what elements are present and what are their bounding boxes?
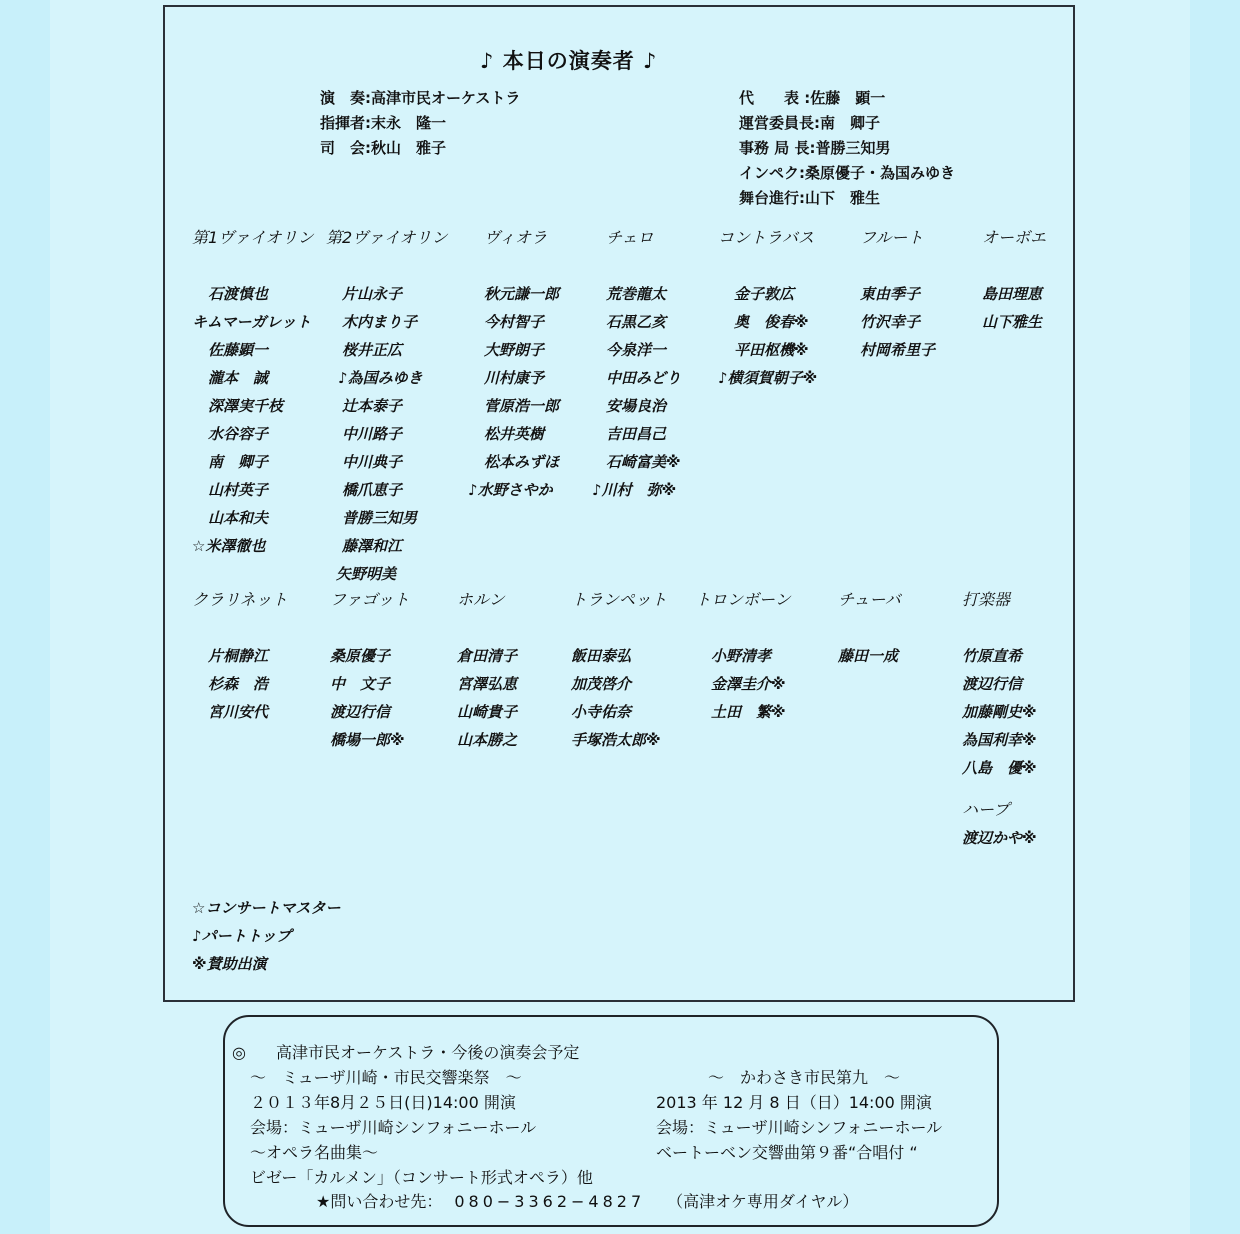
member: 桑原優子 bbox=[330, 642, 409, 670]
member: 普勝三知男 bbox=[342, 504, 448, 532]
member: 吉田昌己 bbox=[606, 420, 681, 448]
member: 水谷容子 bbox=[208, 420, 314, 448]
staff-conductor: 指揮者:末永 隆一 bbox=[320, 111, 520, 136]
member: 石黒乙亥 bbox=[606, 308, 681, 336]
member: 中川典子 bbox=[342, 448, 448, 476]
member: 今村智子 bbox=[484, 308, 559, 336]
staff-list-left: 演 奏:高津市民オーケストラ 指揮者:末永 隆一 司 会:秋山 雅子 bbox=[320, 86, 520, 161]
section-heading: トランペット bbox=[571, 586, 667, 614]
member: 村岡希里子 bbox=[860, 336, 935, 364]
schedule-event-1: ～ ミューザ川崎・市民交響楽祭 ～ ２０１３年8月２５日(日)14:00 開演 … bbox=[250, 1065, 593, 1190]
member: 東由季子 bbox=[860, 280, 935, 308]
right-margin-band bbox=[1190, 0, 1240, 1234]
member: 中田みどり bbox=[606, 364, 681, 392]
member: 竹沢幸子 bbox=[860, 308, 935, 336]
event-program-detail: ビゼー「カルメン」（コンサート形式オペラ）他 bbox=[250, 1165, 593, 1190]
section-heading: ヴィオラ bbox=[484, 224, 559, 252]
event-date: 2013 年 12 月 8 日（日）14:00 開演 bbox=[656, 1090, 942, 1115]
member: ♪横須賀朝子※ bbox=[718, 364, 817, 392]
section-heading: ファゴット bbox=[330, 586, 409, 614]
event-title: ～ ミューザ川崎・市民交響楽祭 ～ bbox=[250, 1065, 593, 1090]
member: 手塚浩太郎※ bbox=[571, 726, 667, 754]
member: 桜井正広 bbox=[342, 336, 448, 364]
member: ☆米澤徹也 bbox=[192, 532, 314, 560]
event-venue: 会場：ミューザ川崎シンフォニーホール bbox=[250, 1115, 593, 1140]
staff-mc: 司 会:秋山 雅子 bbox=[320, 136, 520, 161]
member: ♪水野さやか bbox=[468, 476, 559, 504]
section-trombone: トロンボーン 小野清孝 金澤圭介※ 土田 繁※ bbox=[695, 586, 791, 726]
member: 宮澤弘恵 bbox=[457, 670, 517, 698]
staff-performer: 演 奏:高津市民オーケストラ bbox=[320, 86, 520, 111]
member: 荒巻龍太 bbox=[606, 280, 681, 308]
member: 加藤剛史※ bbox=[962, 698, 1037, 726]
member: 渡辺行信 bbox=[330, 698, 409, 726]
member: 奥 俊春※ bbox=[734, 308, 817, 336]
member: 渡辺行信 bbox=[962, 670, 1037, 698]
member: 橋場一郎※ bbox=[330, 726, 409, 754]
section-heading: 第1ヴァイオリン bbox=[192, 224, 314, 252]
member: 深澤実千枝 bbox=[208, 392, 314, 420]
member: 川村康予 bbox=[484, 364, 559, 392]
member: 安場良治 bbox=[606, 392, 681, 420]
member: 藤澤和江 bbox=[342, 532, 448, 560]
member: 山本勝之 bbox=[457, 726, 517, 754]
member: 矢野明美 bbox=[336, 560, 448, 588]
section-heading: フルート bbox=[860, 224, 935, 252]
staff-representative: 代 表 :佐藤 顕一 bbox=[739, 86, 955, 111]
schedule-heading: ◎高津市民オーケストラ・今後の演奏会予定 bbox=[232, 1040, 579, 1063]
section-heading: ホルン bbox=[457, 586, 517, 614]
legend-part-top: ♪パートトップ bbox=[192, 922, 340, 950]
member: 菅原浩一郎 bbox=[484, 392, 559, 420]
member: 平田枢機※ bbox=[734, 336, 817, 364]
member: 為国利幸※ bbox=[962, 726, 1037, 754]
page-title: ♪ 本日の演奏者 ♪ bbox=[480, 45, 657, 75]
member: 松本みずほ bbox=[484, 448, 559, 476]
member: 土田 繁※ bbox=[711, 698, 791, 726]
section-heading: トロンボーン bbox=[695, 586, 791, 614]
section-heading: オーボエ bbox=[982, 224, 1046, 252]
event-title: ～ かわさき市民第九 ～ bbox=[656, 1065, 942, 1090]
member: 倉田清子 bbox=[457, 642, 517, 670]
member: 石崎富美※ bbox=[606, 448, 681, 476]
section-viola: ヴィオラ 秋元謙一郎 今村智子 大野朗子 川村康予 菅原浩一郎 松井英樹 松本み… bbox=[484, 224, 559, 504]
member: 山崎貴子 bbox=[457, 698, 517, 726]
staff-inspector: インペク:桑原優子・為国みゆき bbox=[739, 161, 955, 186]
section-clarinet: クラリネット 片桐静江 杉森 浩 宮川安代 bbox=[192, 586, 288, 726]
event-program: ～オペラ名曲集～ bbox=[250, 1140, 593, 1165]
member: 辻本泰子 bbox=[342, 392, 448, 420]
member: 秋元謙一郎 bbox=[484, 280, 559, 308]
member: 宮川安代 bbox=[208, 698, 288, 726]
section-heading: 打楽器 bbox=[962, 586, 1037, 614]
member: 今泉洋一 bbox=[606, 336, 681, 364]
member: ♪為国みゆき bbox=[338, 364, 448, 392]
staff-stage-manager: 舞台進行:山下 雅生 bbox=[739, 186, 955, 211]
member: 大野朗子 bbox=[484, 336, 559, 364]
member: 石渡慎也 bbox=[208, 280, 314, 308]
section-cello: チェロ 荒巻龍太 石黒乙亥 今泉洋一 中田みどり 安場良治 吉田昌己 石崎富美※… bbox=[606, 224, 681, 504]
member: 飯田泰弘 bbox=[571, 642, 667, 670]
left-margin-band bbox=[0, 0, 50, 1234]
event-venue: 会場：ミューザ川崎シンフォニーホール bbox=[656, 1115, 942, 1140]
member: 加茂啓介 bbox=[571, 670, 667, 698]
member: 渡辺かや※ bbox=[962, 824, 1037, 852]
member: ♪川村 弥※ bbox=[592, 476, 681, 504]
section-heading: 第2ヴァイオリン bbox=[326, 224, 448, 252]
section-percussion: 打楽器 竹原直希 渡辺行信 加藤剛史※ 為国利幸※ 八島 優※ ハープ 渡辺かや… bbox=[962, 586, 1037, 852]
section-heading: チェロ bbox=[606, 224, 681, 252]
schedule-heading-text: 高津市民オーケストラ・今後の演奏会予定 bbox=[276, 1043, 579, 1062]
section-heading: クラリネット bbox=[192, 586, 288, 614]
staff-secretary-general: 事務 局 長:普勝三知男 bbox=[739, 136, 955, 161]
symbol-legend: ☆コンサートマスター ♪パートトップ ※賛助出演 bbox=[192, 894, 340, 978]
member: 小野清孝 bbox=[711, 642, 791, 670]
section-violin2: 第2ヴァイオリン 片山永子 木内まり子 桜井正広 ♪為国みゆき 辻本泰子 中川路… bbox=[326, 224, 448, 588]
member: 中 文子 bbox=[330, 670, 409, 698]
section-oboe: オーボエ 島田理恵 山下雅生 bbox=[982, 224, 1046, 336]
section-heading: チューバ bbox=[838, 586, 901, 614]
event-date: ２０１３年8月２５日(日)14:00 開演 bbox=[250, 1090, 593, 1115]
member: 佐藤顕一 bbox=[208, 336, 314, 364]
staff-committee-chair: 運営委員長:南 卿子 bbox=[739, 111, 955, 136]
member: 橋爪恵子 bbox=[342, 476, 448, 504]
member: 山村英子 bbox=[208, 476, 314, 504]
section-heading-harp: ハープ bbox=[962, 796, 1037, 824]
contact-line: ★問い合わせ先：080−3362−4827（高津オケ専用ダイヤル） bbox=[316, 1189, 858, 1212]
member: 片桐静江 bbox=[208, 642, 288, 670]
staff-list-right: 代 表 :佐藤 顕一 運営委員長:南 卿子 事務 局 長:普勝三知男 インペク:… bbox=[739, 86, 955, 211]
member: 八島 優※ bbox=[962, 754, 1037, 782]
double-circle-icon: ◎ bbox=[232, 1043, 276, 1062]
member: 瀧本 誠 bbox=[208, 364, 314, 392]
member: 竹原直希 bbox=[962, 642, 1037, 670]
schedule-event-2: ～ かわさき市民第九 ～ 2013 年 12 月 8 日（日）14:00 開演 … bbox=[656, 1065, 942, 1165]
contact-label: ★問い合わせ先： bbox=[316, 1192, 442, 1211]
event-program: ベートーベン交響曲第９番“合唱付 “ bbox=[656, 1140, 942, 1165]
section-violin1: 第1ヴァイオリン 石渡慎也 キムマーガレット 佐藤顕一 瀧本 誠 深澤実千枝 水… bbox=[192, 224, 314, 560]
member: 山本和夫 bbox=[208, 504, 314, 532]
member: 山下雅生 bbox=[982, 308, 1046, 336]
contact-phone: 080−3362−4827 bbox=[454, 1192, 645, 1211]
member: 島田理恵 bbox=[982, 280, 1046, 308]
member: 中川路子 bbox=[342, 420, 448, 448]
member: 杉森 浩 bbox=[208, 670, 288, 698]
member: 松井英樹 bbox=[484, 420, 559, 448]
section-bassoon: ファゴット 桑原優子 中 文子 渡辺行信 橋場一郎※ bbox=[330, 586, 409, 754]
member: 南 卿子 bbox=[208, 448, 314, 476]
member: キムマーガレット bbox=[192, 308, 314, 336]
contact-note: （高津オケ専用ダイヤル） bbox=[667, 1192, 858, 1211]
legend-guest: ※賛助出演 bbox=[192, 950, 340, 978]
section-flute: フルート 東由季子 竹沢幸子 村岡希里子 bbox=[860, 224, 935, 364]
section-contrabass: コントラバス 金子敦広 奥 俊春※ 平田枢機※ ♪横須賀朝子※ bbox=[718, 224, 817, 392]
member: 藤田一成 bbox=[838, 642, 901, 670]
member: 木内まり子 bbox=[342, 308, 448, 336]
member: 小寺佑奈 bbox=[571, 698, 667, 726]
section-heading: コントラバス bbox=[718, 224, 817, 252]
legend-concertmaster: ☆コンサートマスター bbox=[192, 894, 340, 922]
member: 片山永子 bbox=[342, 280, 448, 308]
member: 金子敦広 bbox=[734, 280, 817, 308]
section-tuba: チューバ 藤田一成 bbox=[838, 586, 901, 670]
member: 金澤圭介※ bbox=[711, 670, 791, 698]
section-horn: ホルン 倉田清子 宮澤弘恵 山崎貴子 山本勝之 bbox=[457, 586, 517, 754]
section-trumpet: トランペット 飯田泰弘 加茂啓介 小寺佑奈 手塚浩太郎※ bbox=[571, 586, 667, 754]
